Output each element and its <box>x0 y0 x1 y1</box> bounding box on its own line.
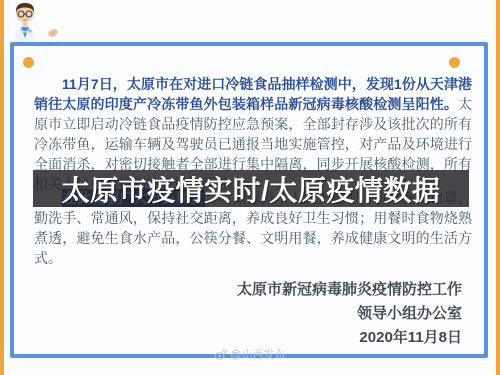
signature-line-2: 领导小组办公室 <box>237 302 462 326</box>
right-edge-strip <box>496 0 500 375</box>
doctor-avatar-icon <box>9 0 61 46</box>
watermark: @山西发布 <box>0 346 500 362</box>
watermark-text: @山西发布 <box>230 346 285 362</box>
corner-dot-right-icon <box>449 57 460 68</box>
weibo-logo-icon <box>214 349 227 360</box>
overlay-banner: 太原市疫情实时/太原疫情数据 <box>33 170 469 207</box>
signature-block: 太原市新冠病毒肺炎疫情防控工作 领导小组办公室 2020年11月8日 <box>237 278 462 350</box>
notice-screenshot: 11月7日，太原市在对进口冷链食品抽样检测中，发现1份从天津港销往太原的印度产冷… <box>0 0 500 375</box>
overlay-banner-title: 太原市疫情实时/太原疫情数据 <box>62 169 441 209</box>
left-edge-strip <box>0 0 4 375</box>
paragraph1-bold-sentence: 11月7日，太原市在对进口冷链食品抽样检测中，发现1份从天津港销往太原的印度产冷… <box>34 76 472 112</box>
signature-line-1: 太原市新冠病毒肺炎疫情防控工作 <box>237 278 462 302</box>
corner-dot-left-icon <box>23 57 34 68</box>
